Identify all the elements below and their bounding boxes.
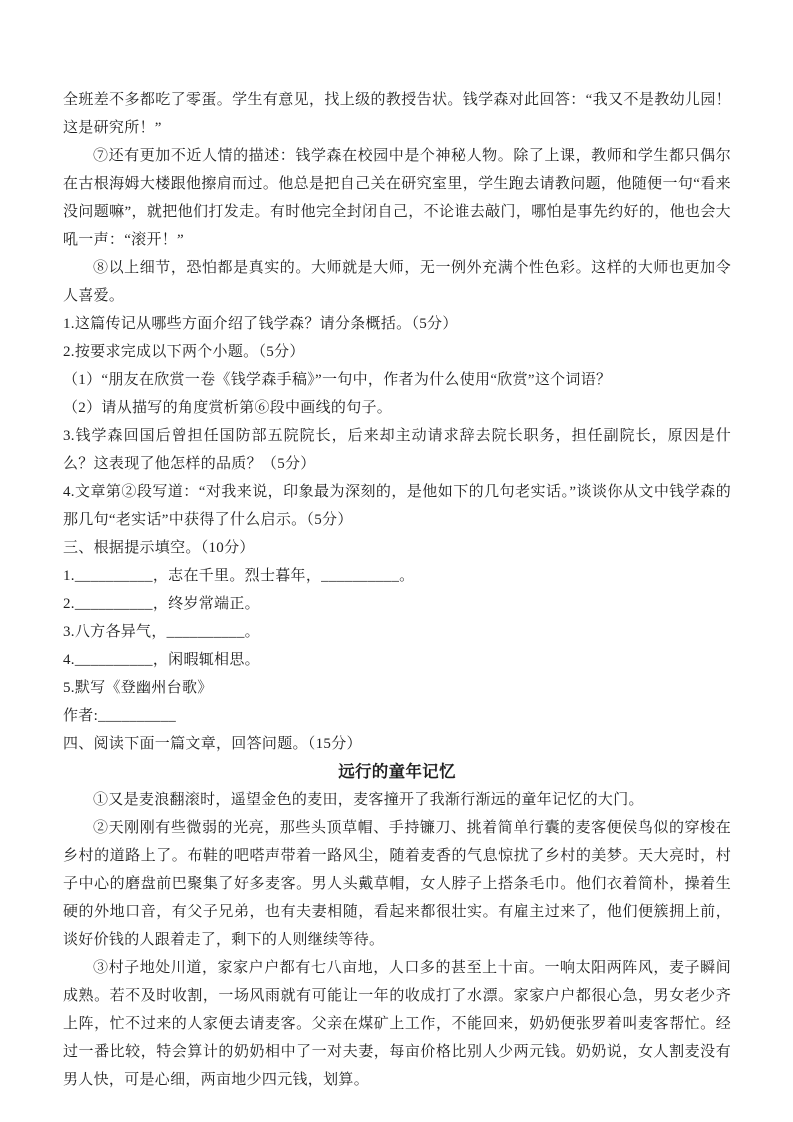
document-body: 全班差不多都吃了零蛋。学生有意见，找上级的教授告状。钱学森对此回答：“我又不是教…: [63, 86, 731, 1094]
biography-para-7: ⑦还有更加不近人情的描述：钱学森在校园中是个神秘人物。除了上课，教师和学生都只偶…: [63, 142, 731, 254]
question-2: 2.按要求完成以下两个小题。（5分）: [63, 338, 731, 366]
question-1: 1.这篇传记从哪些方面介绍了钱学森？请分条概括。（5分）: [63, 310, 731, 338]
question-4: 4.文章第②段写道：“对我来说，印象最为深刻的，是他如下的几句老实话。”谈谈你从…: [63, 478, 731, 534]
essay-para-1: ①又是麦浪翻滚时，遥望金色的麦田，麦客撞开了我渐行渐远的童年记忆的大门。: [63, 786, 731, 814]
document-page: 全班差不多都吃了零蛋。学生有意见，找上级的教授告状。钱学森对此回答：“我又不是教…: [0, 0, 793, 1122]
biography-para-8: ⑧以上细节，恐怕都是真实的。大师就是大师，无一例外充满个性色彩。这样的大师也更加…: [63, 254, 731, 310]
fill-blank-author: 作者:__________: [63, 702, 731, 730]
fill-blank-1: 1.__________，志在千里。烈士暮年，__________。: [63, 562, 731, 590]
fill-blank-3: 3.八方各异气，__________。: [63, 618, 731, 646]
fill-blank-4: 4.__________，闲暇辄相思。: [63, 646, 731, 674]
question-2-sub-2: （2）请从描写的角度赏析第⑥段中画线的句子。: [63, 394, 731, 422]
essay-title: 远行的童年记忆: [63, 758, 731, 786]
question-3: 3.钱学森回国后曾担任国防部五院院长，后来却主动请求辞去院长职务，担任副院长，原…: [63, 422, 731, 478]
section-4-heading: 四、阅读下面一篇文章，回答问题。（15分）: [63, 730, 731, 758]
fill-blank-2: 2.__________，终岁常端正。: [63, 590, 731, 618]
essay-para-2: ②天刚刚有些微弱的光亮，那些头顶草帽、手持镰刀、挑着简单行囊的麦客便侯鸟似的穿梭…: [63, 814, 731, 954]
fill-blank-5: 5.默写《登幽州台歌》: [63, 674, 731, 702]
section-3-heading: 三、根据提示填空。（10分）: [63, 534, 731, 562]
question-2-sub-1: （1）“朋友在欣赏一卷《钱学森手稿》”一句中，作者为什么使用“欣赏”这个词语？: [63, 366, 731, 394]
essay-para-3: ③村子地处川道，家家户户都有七八亩地，人口多的甚至上十亩。一响太阳两阵风，麦子瞬…: [63, 954, 731, 1094]
biography-continuation: 全班差不多都吃了零蛋。学生有意见，找上级的教授告状。钱学森对此回答：“我又不是教…: [63, 86, 731, 142]
